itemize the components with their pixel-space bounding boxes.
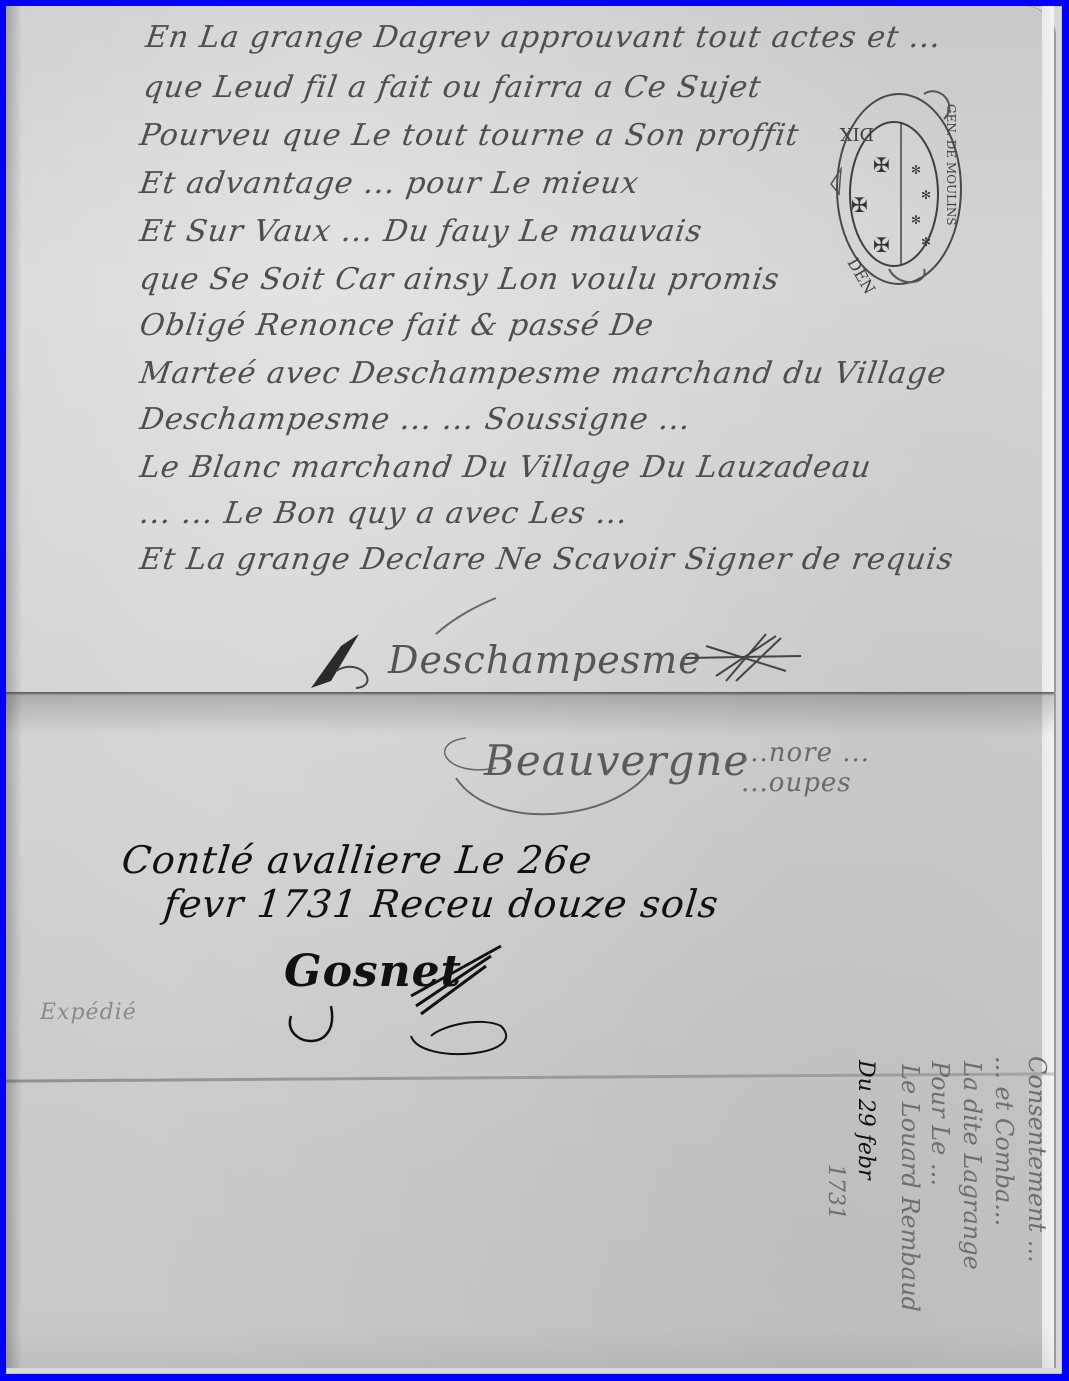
margin-note-expedie: Expédié [40,1000,137,1025]
body-line-6: que Se Soit Car ainsy Lon voulu promis [138,262,782,297]
signature-mark-d [301,626,401,696]
margin-vertical-year: 1731 [823,1164,848,1220]
body-line-11: ... ... Le Bon quy a avec Les ... [138,496,631,531]
margin-vertical-3: La dite Lagrange [958,1061,986,1270]
svg-text:✠: ✠ [851,195,868,217]
svg-text:✻: ✻ [921,188,931,202]
body-line-12: Et La grange Declare Ne Scavoir Signer d… [138,542,956,577]
signature-paraph-1 [686,626,806,686]
body-line-3: Pourveu que Le tout tourne a Son proffit [138,118,802,153]
stamp-ribbon-text: GEN. DE MOULINS [944,104,958,226]
body-line-7: Obligé Renonce fait & passé De [138,308,657,343]
stamp-bottom-text: DEN [844,255,880,295]
document-frame: En La grange Dagrev approuvant tout acte… [6,6,1062,1374]
text-end-flourish [426,596,506,636]
tax-stamp-seal: DIX DEN GEN. DE MOULINS ✠ ✠ ✠ ✻ ✻ ✻ ✻ [829,84,969,294]
control-note-line-1: Contlé avalliere Le 26e [120,838,595,882]
signature-gosnet-paraph [281,936,541,1056]
margin-vertical-4: Pour Le ... [926,1061,954,1186]
signature-witness: ...nore ... ...oupes [741,738,881,798]
page-bottom [6,1328,1054,1368]
body-line-9: Deschampesme ... ... Soussigne ... [138,402,694,437]
svg-text:✻: ✻ [911,213,921,227]
control-note-line-2: fevr 1731 Receu douze sols [162,882,721,926]
margin-vertical-5: Le Louard Rembaud [896,1064,924,1312]
svg-text:✻: ✻ [911,163,921,177]
body-line-2: que Leud fil a fait ou fairra a Ce Sujet [142,70,764,105]
body-line-8: Marteé avec Deschampesme marchand du Vil… [138,356,949,391]
body-line-10: Le Blanc marchand Du Village Du Lauzadea… [138,450,874,485]
svg-text:✠: ✠ [873,155,890,177]
body-line-1: En La grange Dagrev approuvant tout acte… [144,20,944,55]
page-shadow [6,6,22,1368]
stamp-top-text: DIX [839,123,874,144]
signature-deschampesme: Deschampesme [388,638,702,682]
svg-text:✻: ✻ [921,235,931,249]
signature-beauvergne: Beauvergne [484,736,749,785]
body-line-4: Et advantage ... pour Le mieux [138,166,642,201]
manuscript-page: En La grange Dagrev approuvant tout acte… [6,6,1054,1368]
svg-text:✠: ✠ [873,235,890,257]
margin-vertical-1: Consentement ... [1023,1056,1051,1263]
margin-vertical-2: ... et Comba... [990,1056,1018,1226]
body-line-5: Et Sur Vaux ... Du fauy Le mauvais [138,214,705,249]
margin-vertical-date: Du 29 febr [853,1060,878,1180]
